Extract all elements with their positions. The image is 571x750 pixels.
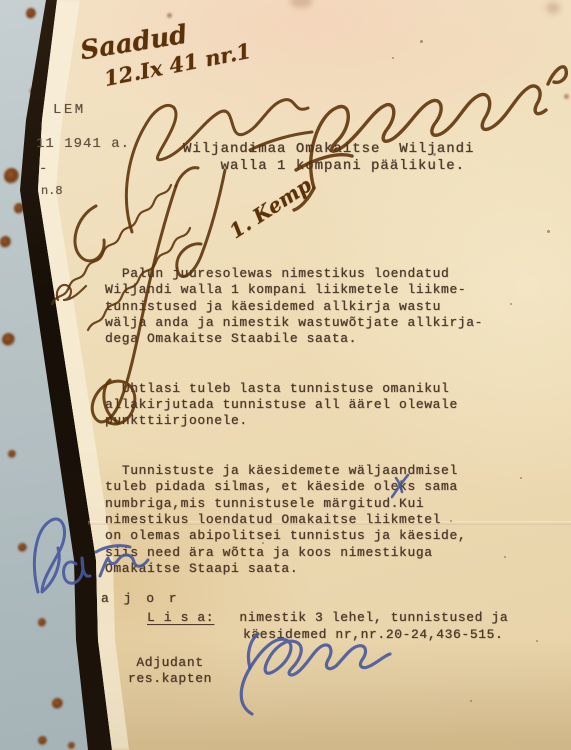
signer-rank-fragment: a j o r (101, 591, 180, 607)
letterhead-dash-fragment: - (39, 161, 48, 178)
letterhead-number-fragment: n.8 (41, 184, 63, 198)
address-block: Wiljandimaa Omakaitse Wiljandi walla 1 k… (183, 141, 474, 175)
adjutant-title: Adjudant res.kapten (128, 655, 212, 688)
paragraph-1: Palun juuresolewas nimestikus loendatud … (105, 266, 571, 348)
attachment-text: nimestik 3 lehel, tunnistused ja käeside… (214, 610, 508, 641)
letterhead-date-fragment: 11 1941 a. (36, 136, 130, 153)
paragraph-3: Tunnistuste ja käesidemete wäljaandmisel… (105, 463, 571, 578)
document-photo: LEM 11 1941 a. - n.8 Wiljandimaa Omakait… (0, 0, 571, 750)
letterhead-fragment: LEM (53, 102, 86, 119)
attachment-line: L i s a: nimestik 3 lehel, tunnistused j… (105, 610, 571, 643)
letter-body: Palun juuresolewas nimestikus loendatud … (105, 233, 571, 676)
paragraph-2: Ühtlasi tuleb lasta tunnistuse omanikul … (105, 381, 571, 430)
attachment-label: L i s a: (147, 610, 214, 625)
